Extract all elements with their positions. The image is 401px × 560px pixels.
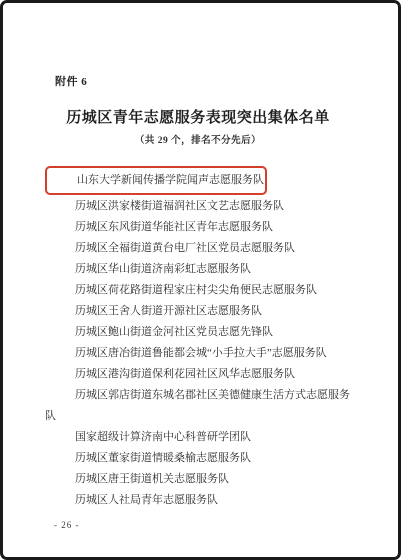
- list-item: 历城区港沟街道保利花园社区风华志愿服务队: [45, 364, 352, 385]
- document-content: 附件 6 历城区青年志愿服务表现突出集体名单 （共 29 个，排名不分先后） 山…: [3, 3, 398, 531]
- list-item: 国家超级计算济南中心科普研学团队: [45, 427, 352, 448]
- list-item-highlighted: 山东大学新闻传播学院闻声志愿服务队: [47, 170, 265, 191]
- list-item: 历城区董家街道情暖桑榆志愿服务队: [45, 448, 352, 469]
- subtitle-count-note: （共 29 个，排名不分先后）: [45, 134, 351, 148]
- list-item: 历城区荷花路街道程家庄村尖尖角便民志愿服务队: [45, 280, 352, 301]
- list-item: 历城区郭店街道东城名郡社区美德健康生活方式志愿服务队: [45, 385, 352, 427]
- list-item: 历城区人社局青年志愿服务队: [45, 490, 352, 511]
- team-list: 山东大学新闻传播学院闻声志愿服务队 历城区洪家楼街道福润社区文艺志愿服务队 历城…: [45, 166, 352, 511]
- list-item: 历城区洪家楼街道福润社区文艺志愿服务队: [45, 196, 352, 217]
- red-highlight-box: 山东大学新闻传播学院闻声志愿服务队: [45, 166, 267, 195]
- list-item: 历城区全福街道黄台电厂社区党员志愿服务队: [45, 238, 352, 259]
- page-title: 历城区青年志愿服务表现突出集体名单: [45, 108, 351, 128]
- list-item: 历城区王舍人街道开源社区志愿服务队: [45, 301, 352, 322]
- list-item: 历城区唐王街道机关志愿服务队: [45, 469, 352, 490]
- list-item: 历城区华山街道济南彩虹志愿服务队: [45, 259, 352, 280]
- attachment-label: 附件 6: [55, 75, 351, 90]
- list-item: 历城区唐冶街道鲁能都会城“小手拉大手”志愿服务队: [45, 343, 352, 364]
- list-item: 历城区东风街道华能社区青年志愿服务队: [45, 217, 352, 238]
- list-item: 历城区鲍山街道金河社区党员志愿先锋队: [45, 322, 352, 343]
- document-page: 附件 6 历城区青年志愿服务表现突出集体名单 （共 29 个，排名不分先后） 山…: [0, 0, 401, 560]
- page-number: - 26 -: [54, 519, 351, 531]
